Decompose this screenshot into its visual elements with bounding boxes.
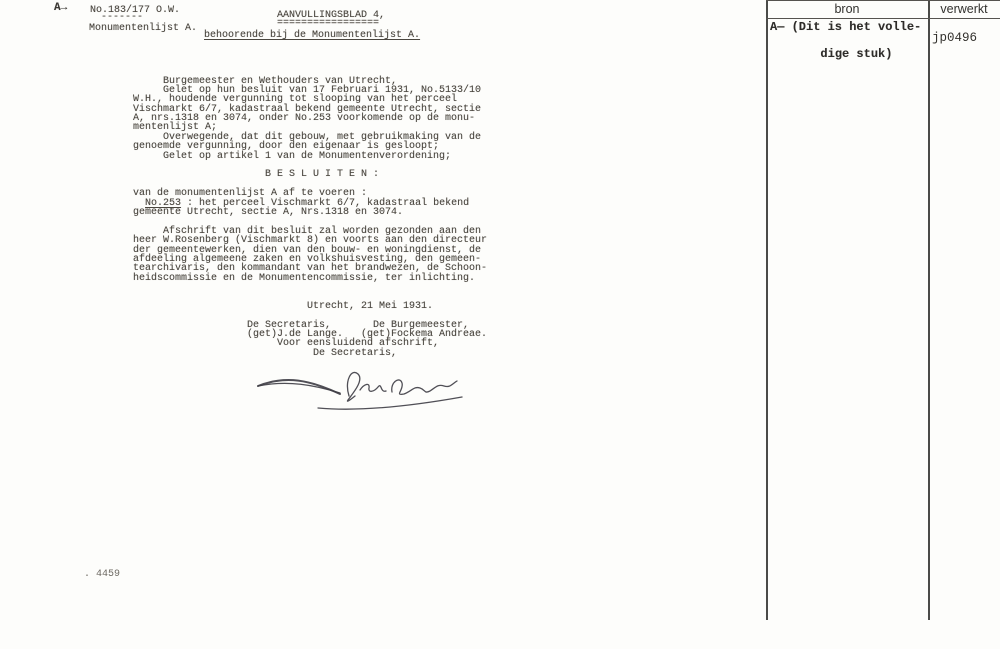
ref-list-name: Monumentenlijst A. bbox=[89, 23, 197, 34]
body-line: heidscommissie en de Monumentencommissie… bbox=[133, 274, 487, 283]
verwerkt-code: jp0496 bbox=[932, 31, 977, 45]
doc-subtitle: behoorende bij de Monumentenlijst A. bbox=[204, 30, 420, 41]
panel-header-rule bbox=[766, 18, 1000, 19]
document-body: Burgemeester en Wethouders van Utrecht, … bbox=[133, 77, 487, 359]
body-line: Gelet op artikel 1 van de Monumentenvero… bbox=[133, 152, 487, 161]
panel-left-rule bbox=[766, 0, 768, 620]
panel-divider-rule bbox=[928, 0, 930, 620]
margin-mark: A→ bbox=[54, 2, 67, 14]
body-line: B E S L U I T E N : bbox=[133, 170, 487, 179]
panel-top-rule bbox=[766, 0, 1000, 1]
doc-title-rule: ================= bbox=[277, 18, 379, 29]
archive-number: . 4459 bbox=[84, 569, 120, 580]
body-line: Utrecht, 21 Mei 1931. bbox=[133, 302, 487, 311]
ref-number-dashes: ------- bbox=[101, 12, 143, 23]
body-line: gemeente Utrecht, sectie A, Nrs.1318 en … bbox=[133, 208, 487, 217]
annotation-panel: bron verwerkt A— (Dit is het volle- dige… bbox=[766, 0, 1000, 649]
body-line bbox=[133, 283, 487, 292]
body-line: De Secretaris, bbox=[133, 349, 487, 358]
column-header-verwerkt: verwerkt bbox=[928, 2, 1000, 16]
document-page: A→ No.183/177 O.W. ------- Monumentenlij… bbox=[0, 0, 766, 649]
handwritten-signature bbox=[252, 360, 482, 415]
column-header-bron: bron bbox=[766, 2, 928, 16]
bron-note: A— (Dit is het volle- dige stuk) bbox=[770, 21, 921, 75]
bron-note-line2: dige stuk) bbox=[820, 47, 892, 61]
bron-note-line1: A— (Dit is het volle- bbox=[770, 20, 921, 34]
